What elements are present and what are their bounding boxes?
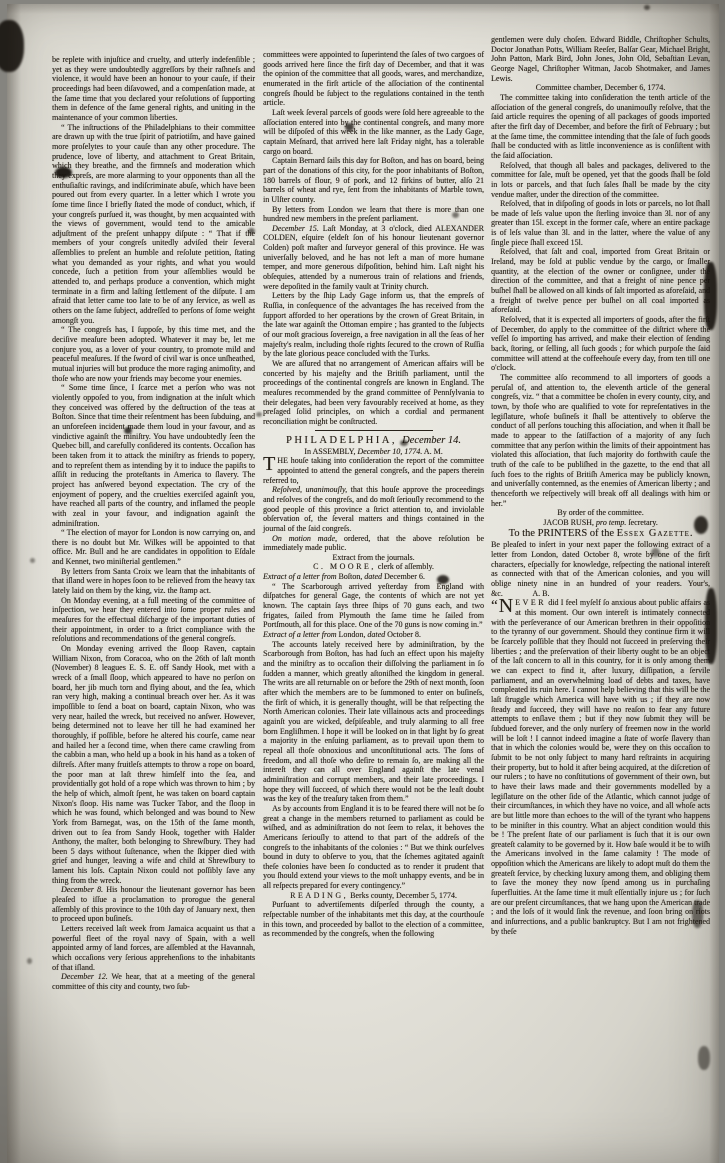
column-2: committees were appointed to ſuperintend… xyxy=(263,50,484,939)
text-run: December 10, 1774. xyxy=(357,447,422,456)
printers-address-heading: To the PRINTERS of the Essex Gazette. xyxy=(491,527,710,540)
text-run: On Monday evening arrived the ſloop Rave… xyxy=(52,644,255,885)
assembly-heading: In ASSEMBLY, December 10, 1774. A. M. xyxy=(263,447,484,457)
paragraph: Reſolved, that ſalt and coal, imported f… xyxy=(491,247,710,315)
ink-blot xyxy=(705,588,717,664)
text-run: JACOB RUSH, xyxy=(543,518,596,527)
text-run: Purſuant to advertiſements diſperſed thr… xyxy=(263,900,484,938)
text-run: ſecretary. xyxy=(626,518,657,527)
assembly-resolve: Reſolved, unanimouſly, that this houſe a… xyxy=(263,485,484,533)
paragraph: The committee taking into conſideration … xyxy=(491,93,710,161)
text-run: dated xyxy=(362,572,384,581)
ink-blot xyxy=(452,212,459,218)
ink-blot xyxy=(30,558,35,563)
ink-blot xyxy=(644,5,650,10)
paragraph: “ Some time ſince, I ſcarce met a perſon… xyxy=(52,383,255,528)
paragraph: “ The congreſs has, I ſuppoſe, by this t… xyxy=(52,325,255,383)
text-run: Committee chamber, December 6, 1774. xyxy=(536,83,666,92)
newspaper-page-scan: be replete with injuſtice and cruelty, a… xyxy=(0,0,725,1163)
committee-order: By order of the committee. xyxy=(491,508,710,518)
paragraph: As by accounts from England it is to be … xyxy=(263,804,484,891)
text-run: EVER xyxy=(515,598,546,607)
text-run: be replete with injuſtice and cruelty, a… xyxy=(52,55,255,122)
text-run: Reſolved, that in diſpoſing of goods in … xyxy=(491,199,710,247)
paragraph: On Monday evening, at a full meeting of … xyxy=(52,596,255,644)
text-run: Laſt week ſeveral parcels of goods were … xyxy=(263,108,484,156)
reading-dateline: READING, Berks county, December 5, 1774. xyxy=(263,891,484,901)
ink-blot xyxy=(124,427,132,434)
paragraph: Laſt week ſeveral parcels of goods were … xyxy=(263,108,484,156)
text-run: “ xyxy=(491,598,499,614)
text-run: Reſolved, that though all bales and pack… xyxy=(491,161,710,199)
text-run: December 12. xyxy=(61,972,108,981)
text-run: Essex Gazette xyxy=(617,528,690,539)
paragraph: Letters received laſt week from Jamaica … xyxy=(52,924,255,972)
paragraph: committees were appointed to ſuperintend… xyxy=(263,50,484,108)
text-run: By letters from Santa Croix we learn tha… xyxy=(52,567,255,595)
text-run: HE houſe taking into conſideration the r… xyxy=(263,456,484,484)
text-run: By letters from London we learn that the… xyxy=(263,205,484,224)
paragraph: Captain Bernard ſails this day for Boſto… xyxy=(263,156,484,204)
ink-blot xyxy=(694,516,708,534)
text-run: Reſolved, that it is expected all import… xyxy=(491,315,710,372)
text-run: The committee taking into conſideration … xyxy=(491,93,710,160)
text-run: We are aſſured that no arrangement of Am… xyxy=(263,359,484,426)
paragraph: be replete with injuſtice and cruelty, a… xyxy=(52,55,255,123)
text-run: On motion made, xyxy=(272,534,337,543)
text-run: “ The congreſs has, I ſuppoſe, by this t… xyxy=(52,325,255,382)
text-run: Boſton, xyxy=(338,572,362,581)
text-run: To the PRINTERS of the xyxy=(509,528,617,539)
text-run: The accounts lately received here by adm… xyxy=(263,640,484,804)
letter-extract-heading-boston: Extract of a letter from Boſton, dated D… xyxy=(263,572,484,582)
text-run: “ The election of mayor for London is no… xyxy=(52,528,255,566)
text-run: did I feel myſelf ſo anxious about publi… xyxy=(491,598,710,935)
section-rule xyxy=(315,430,433,431)
text-run: Laſt Monday, at 3 o'clock, died ALEXANDE… xyxy=(263,224,484,291)
text-run: “ The Scarborough arrived yeſterday from… xyxy=(263,582,484,630)
text-run: As by accounts from England it is to be … xyxy=(263,804,484,890)
paragraph: By letters from Santa Croix we learn tha… xyxy=(52,567,255,596)
text-run: December 15. xyxy=(272,224,319,233)
ink-blot xyxy=(698,1046,710,1070)
text-run: READING, xyxy=(290,891,348,900)
paragraph: Letters by the ſhip Lady Gage inform us,… xyxy=(263,291,484,359)
text-run: Reſolved, unanimouſly, xyxy=(272,485,347,494)
ink-blot xyxy=(400,440,408,446)
text-run: October 8. xyxy=(387,630,421,639)
column-1: be replete with injuſtice and cruelty, a… xyxy=(52,55,255,992)
paragraph: Reſolved, that in diſpoſing of goods in … xyxy=(491,199,710,247)
text-run: committees were appointed to ſuperintend… xyxy=(263,50,484,107)
ink-blot xyxy=(256,412,262,417)
ink-blot xyxy=(692,900,703,928)
letter-extract-heading-london: Extract of a letter from London, dated O… xyxy=(263,630,484,640)
committee-chamber-dateline: Committee chamber, December 6, 1774. xyxy=(491,83,710,93)
paragraph: By letters from London we learn that the… xyxy=(263,205,484,224)
text-run: On Monday evening, at a full meeting of … xyxy=(52,596,255,644)
london-letter-body: “NEVER did I feel myſelf ſo anxious abou… xyxy=(491,598,710,936)
text-run: Captain Bernard ſails this day for Boſto… xyxy=(263,156,484,204)
text-run: December 8. xyxy=(61,885,103,894)
paragraph: “ The Scarborough arrived yeſterday from… xyxy=(263,582,484,630)
ink-blot xyxy=(0,20,24,72)
paragraph: The accounts lately received here by adm… xyxy=(263,640,484,804)
paragraph: Purſuant to advertiſements diſperſed thr… xyxy=(263,900,484,939)
text-run: A. M. xyxy=(422,447,442,456)
text-run: dated xyxy=(365,630,387,639)
text-run: PHILADELPHIA, xyxy=(286,435,402,446)
committee-members-list: gentlemen were duly choſen. Edward Biddl… xyxy=(491,35,710,83)
text-run: clerk of aſſembly. xyxy=(376,562,434,571)
text-run: . xyxy=(690,528,693,539)
paragraph: Reſolved, that it is expected all import… xyxy=(491,315,710,373)
ink-blot xyxy=(248,228,255,234)
text-run: gentlemen were duly choſen. Edward Biddl… xyxy=(491,35,710,83)
dateline-december-12: December 12. We hear, that at a meeting … xyxy=(52,972,255,991)
paragraph: On Monday evening arrived the ſloop Rave… xyxy=(52,644,255,885)
text-run: In ASSEMBLY, xyxy=(304,447,357,456)
ink-blot xyxy=(651,548,660,557)
text-run: December 6. xyxy=(384,572,425,581)
text-run: N xyxy=(499,598,515,616)
text-run: “ The inſtructions of the Philadelphians… xyxy=(52,123,255,325)
text-run: Letters received laſt week from Jamaica … xyxy=(52,924,255,972)
ink-blot xyxy=(27,958,32,964)
text-run: Extract from the journals. xyxy=(332,553,414,562)
paragraph: The committee alſo recommend to all impo… xyxy=(491,373,710,508)
text-run: Be pleaſed to inſert in your next paper … xyxy=(491,540,710,597)
paragraph: Reſolved, that though all bales and pack… xyxy=(491,161,710,200)
assembly-motion: On motion made, ordered, that the above … xyxy=(263,534,484,553)
ink-blot xyxy=(345,123,354,131)
text-run: “ Some time ſince, I ſcarce met a perſon… xyxy=(52,383,255,527)
paragraph: We are aſſured that no arrangement of Am… xyxy=(263,359,484,427)
text-run: Reſolved, that ſalt and coal, imported f… xyxy=(491,247,710,314)
ink-blot xyxy=(55,167,72,178)
text-run: By order of the committee. xyxy=(557,508,643,517)
assembly-report: THE houſe taking into conſideration the … xyxy=(263,456,484,485)
ink-blot xyxy=(704,262,717,330)
text-run: The committee alſo recommend to all impo… xyxy=(491,373,710,508)
printers-address-note: Be pleaſed to inſert in your next paper … xyxy=(491,540,710,598)
text-run: Letters by the ſhip Lady Gage inform us,… xyxy=(263,291,484,358)
secretary-signature: JACOB RUSH, pro temp. ſecretary. xyxy=(491,518,710,528)
text-run: T xyxy=(263,456,277,474)
text-run: Extract of a letter from xyxy=(263,572,338,581)
text-run: Berks county, December 5, 1774. xyxy=(348,891,457,900)
column-3: gentlemen were duly choſen. Edward Biddl… xyxy=(491,35,710,936)
clerk-signature: C. MOORE, clerk of aſſembly. xyxy=(263,562,484,572)
dateline-december-8: December 8. His honour the lieutenant go… xyxy=(52,885,255,924)
text-run: London, xyxy=(338,630,365,639)
paragraph: “ The election of mayor for London is no… xyxy=(52,528,255,567)
text-run: C. MOORE, xyxy=(313,562,376,571)
text-run: Extract of a letter from xyxy=(263,630,338,639)
text-run: December 14. xyxy=(402,435,461,446)
text-run: pro temp. xyxy=(596,518,626,527)
ink-blot xyxy=(437,575,449,584)
dateline-philadelphia: PHILADELPHIA, December 14. xyxy=(263,434,484,447)
obituary-alexander-colden: December 15. Laſt Monday, at 3 o'clock, … xyxy=(263,224,484,292)
paragraph: “ The inſtructions of the Philadelphians… xyxy=(52,123,255,326)
journal-extract-caption: Extract from the journals. xyxy=(263,553,484,563)
